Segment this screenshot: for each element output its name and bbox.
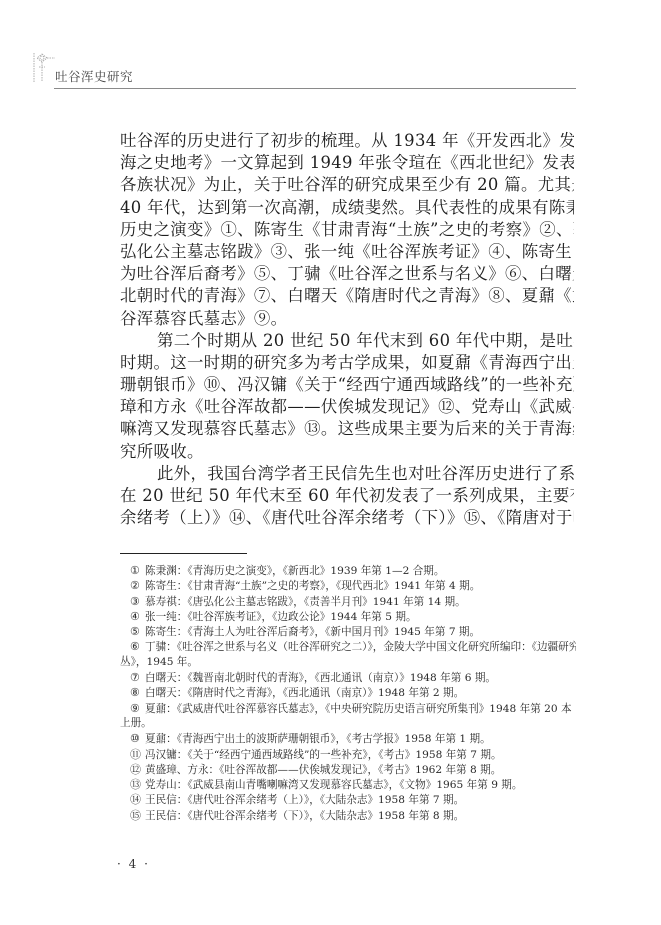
footnote-text: 陈秉渊：《青海历史之演变》，《新西北》1939 年第 1—2 合期。 bbox=[145, 565, 444, 577]
footnote-text: 陈寄生：《甘肃青海“土族”之史的考察》，《现代西北》1941 年第 4 期。 bbox=[145, 580, 480, 592]
footnote-marker: ⑬ bbox=[130, 777, 145, 792]
paragraph-3: 此外，我国台湾学者王民信先生也对吐谷浑历史进行了系统的研究。他 在 20 世纪 … bbox=[120, 463, 574, 530]
footnote-marker: ④ bbox=[130, 609, 145, 624]
text-line: 北朝时代的青海》⑦、白曙天《隋唐时代之青海》⑧、夏鼐《武威唐代吐 bbox=[120, 285, 574, 307]
footnote-text: 黄盛璋、方永：《吐谷浑故都——伏俟城发现记》，《考古》1962 年第 8 期。 bbox=[145, 764, 501, 776]
text-line: 时期。这一时期的研究多为考古学成果，如夏鼐《青海西宁出土的波斯萨 bbox=[120, 352, 574, 374]
footnote-marker: ⑫ bbox=[130, 762, 145, 777]
footnote-10: ⑩夏鼐：《青海西宁出土的波斯萨珊朝银币》，《考古学报》1958 年第 1 期。 bbox=[120, 731, 576, 746]
footnote-text: 丁骕：《吐谷浑之世系与名义（吐谷浑研究之二）》，金陵大学中国文化研究所编印：《边… bbox=[145, 641, 576, 653]
text-line: 在 20 世纪 50 年代末至 60 年代初发表了一系列成果，主要有《唐代吐谷浑 bbox=[120, 485, 574, 507]
paragraph-2: 第二个时期从 20 世纪 50 年代末到 60 年代中期，是吐谷浑研究的发展 时… bbox=[120, 330, 574, 463]
footnote-text: 陈寄生：《青海土人为吐谷浑后裔考》，《新中国月刊》1945 年第 7 期。 bbox=[145, 626, 480, 638]
footnote-marker: ⑮ bbox=[130, 808, 145, 823]
footnote-11: ⑪冯汉镛：《关于“经西宁通西域路线”的一些补充》，《考古》1958 年第 7 期… bbox=[120, 747, 576, 762]
footnote-4: ④张一纯：《吐谷浑族考证》，《边政公论》1944 年第 5 期。 bbox=[120, 609, 576, 624]
footnote-marker: ① bbox=[130, 563, 145, 578]
text-line: 余绪考（上）》⑭、《唐代吐谷浑余绪考（下）》⑮、《隋唐对于吐谷浑之经营 bbox=[120, 507, 574, 529]
footnotes: ①陈秉渊：《青海历史之演变》，《新西北》1939 年第 1—2 合期。 ②陈寄生… bbox=[120, 563, 576, 823]
body-text: 吐谷浑的历史进行了初步的梳理。从 1934 年《开发西北》发表卢澄《青 海之史地… bbox=[120, 130, 574, 529]
footnote-text: 张一纯：《吐谷浑族考证》，《边政公论》1944 年第 5 期。 bbox=[145, 611, 417, 623]
footnote-5: ⑤陈寄生：《青海土人为吐谷浑后裔考》，《新中国月刊》1945 年第 7 期。 bbox=[120, 624, 576, 639]
footnote-1: ①陈秉渊：《青海历史之演变》，《新西北》1939 年第 1—2 合期。 bbox=[120, 563, 576, 578]
running-header-title: 吐谷浑史研究 bbox=[55, 69, 133, 85]
footnote-marker: ⑨ bbox=[130, 701, 145, 716]
text-line: 究所吸收。 bbox=[120, 441, 574, 463]
footnote-text: 党寿山：《武威县南山青嘴喇嘛湾又发现慕容氏墓志》，《文物》1965 年第 9 期… bbox=[145, 779, 523, 791]
book-page: 吐谷浑史研究 吐谷浑的历史进行了初步的梳理。从 1934 年《开发西北》发表卢澄… bbox=[0, 0, 661, 925]
footnote-9: ⑨夏鼐：《武威唐代吐谷浑慕容氏墓志》，《中央研究院历史语言研究所集刊》1948 … bbox=[120, 701, 576, 716]
text-line: 此外，我国台湾学者王民信先生也对吐谷浑历史进行了系统的研究。他 bbox=[120, 463, 574, 485]
footnote-3: ③慕寿祺：《唐弘化公主墓志铭跋》，《责善半月刊》1941 年第 14 期。 bbox=[120, 594, 576, 609]
text-line: 弘化公主墓志铭跋》③、张一纯《吐谷浑族考证》④、陈寄生《青海土人 bbox=[120, 241, 574, 263]
footnote-marker: ⑭ bbox=[130, 792, 145, 807]
text-line: 第二个时期从 20 世纪 50 年代末到 60 年代中期，是吐谷浑研究的发展 bbox=[120, 330, 574, 352]
footnote-marker: ⑥ bbox=[130, 639, 145, 654]
text-line: 各族状况》为止，关于吐谷浑的研究成果至少有 20 篇。尤其是 20 世纪 bbox=[120, 174, 574, 196]
footnote-text: 夏鼐：《武威唐代吐谷浑慕容氏墓志》，《中央研究院历史语言研究所集刊》1948 年… bbox=[145, 703, 572, 715]
paragraph-1: 吐谷浑的历史进行了初步的梳理。从 1934 年《开发西北》发表卢澄《青 海之史地… bbox=[120, 130, 574, 330]
footnote-text: 王民信：《唐代吐谷浑余绪考（下）》，《大陆杂志》1958 年第 8 期。 bbox=[145, 810, 464, 822]
footnote-marker: ⑦ bbox=[130, 670, 145, 685]
text-line: 谷浑慕容氏墓志》⑨。 bbox=[120, 308, 574, 330]
text-line: 吐谷浑的历史进行了初步的梳理。从 1934 年《开发西北》发表卢澄《青 bbox=[120, 130, 574, 152]
footnote-7: ⑦白曙天：《魏晋南北朝时代的青海》，《西北通讯（南京）》1948 年第 6 期。 bbox=[120, 670, 576, 685]
footnote-text: 慕寿祺：《唐弘化公主墓志铭跋》，《责善半月刊》1941 年第 14 期。 bbox=[145, 596, 466, 608]
footnote-text: 夏鼐：《青海西宁出土的波斯萨珊朝银币》，《考古学报》1958 年第 1 期。 bbox=[145, 733, 491, 745]
text-line: 40 年代，达到第一次高潮，成绩斐然。具代表性的成果有陈秉渊《青海 bbox=[120, 197, 574, 219]
footnote-marker: ⑧ bbox=[130, 685, 145, 700]
text-line: 珊朝银币》⑩、冯汉镛《关于“经西宁通西域路线”的一些补充》⑪、黄盛 bbox=[120, 374, 574, 396]
footnote-13: ⑬党寿山：《武威县南山青嘴喇嘛湾又发现慕容氏墓志》，《文物》1965 年第 9 … bbox=[120, 777, 576, 792]
footnote-text: 王民信：《唐代吐谷浑余绪考（上）》，《大陆杂志》1958 年第 7 期。 bbox=[145, 794, 464, 806]
footnote-6-continued: 丛》，1945 年。 bbox=[120, 655, 576, 670]
text-line: 为吐谷浑后裔考》⑤、丁骕《吐谷浑之世系与名义》⑥、白曙天《魏晋南 bbox=[120, 263, 574, 285]
footnote-marker: ⑪ bbox=[130, 747, 145, 762]
footnote-9-continued: 上册。 bbox=[120, 716, 576, 731]
footnote-marker: ③ bbox=[130, 594, 145, 609]
footnote-marker: ⑩ bbox=[130, 731, 145, 746]
text-line: 璋和方永《吐谷浑故都——伏俟城发现记》⑫、党寿山《武威县南山青嘴喇 bbox=[120, 396, 574, 418]
footnote-text: 冯汉镛：《关于“经西宁通西域路线”的一些补充》，《考古》1958 年第 7 期。 bbox=[145, 749, 502, 761]
footnote-14: ⑭王民信：《唐代吐谷浑余绪考（上）》，《大陆杂志》1958 年第 7 期。 bbox=[120, 792, 576, 807]
text-line: 历史之演变》①、陈寄生《甘肃青海“土族”之史的考察》②、慕寿祺《唐 bbox=[120, 219, 574, 241]
footnote-12: ⑫黄盛璋、方永：《吐谷浑故都——伏俟城发现记》，《考古》1962 年第 8 期。 bbox=[120, 762, 576, 777]
footnote-separator bbox=[120, 553, 247, 554]
footnote-text: 白曙天：《魏晋南北朝时代的青海》，《西北通讯（南京）》1948 年第 6 期。 bbox=[145, 672, 496, 684]
footnote-2: ②陈寄生：《甘肃青海“土族”之史的考察》，《现代西北》1941 年第 4 期。 bbox=[120, 578, 576, 593]
footnote-text: 白曙天：《隋唐时代之青海》，《西北通讯（南京）》1948 年第 2 期。 bbox=[145, 687, 464, 699]
header-divider bbox=[54, 88, 576, 89]
text-line: 嘛湾又发现慕容氏墓志》⑬。这些成果主要为后来的关于青海丝绸之路的研 bbox=[120, 418, 574, 440]
footnote-marker: ⑤ bbox=[130, 624, 145, 639]
footnote-marker: ② bbox=[130, 578, 145, 593]
text-line: 海之史地考》一文算起到 1949 年张令瑄在《西北世纪》发表《古代青海 bbox=[120, 152, 574, 174]
page-number: · 4 · bbox=[117, 857, 150, 871]
footnote-15: ⑮王民信：《唐代吐谷浑余绪考（下）》，《大陆杂志》1958 年第 8 期。 bbox=[120, 808, 576, 823]
footnote-8: ⑧白曙天：《隋唐时代之青海》，《西北通讯（南京）》1948 年第 2 期。 bbox=[120, 685, 576, 700]
footnote-6: ⑥丁骕：《吐谷浑之世系与名义（吐谷浑研究之二）》，金陵大学中国文化研究所编印：《… bbox=[120, 639, 576, 654]
